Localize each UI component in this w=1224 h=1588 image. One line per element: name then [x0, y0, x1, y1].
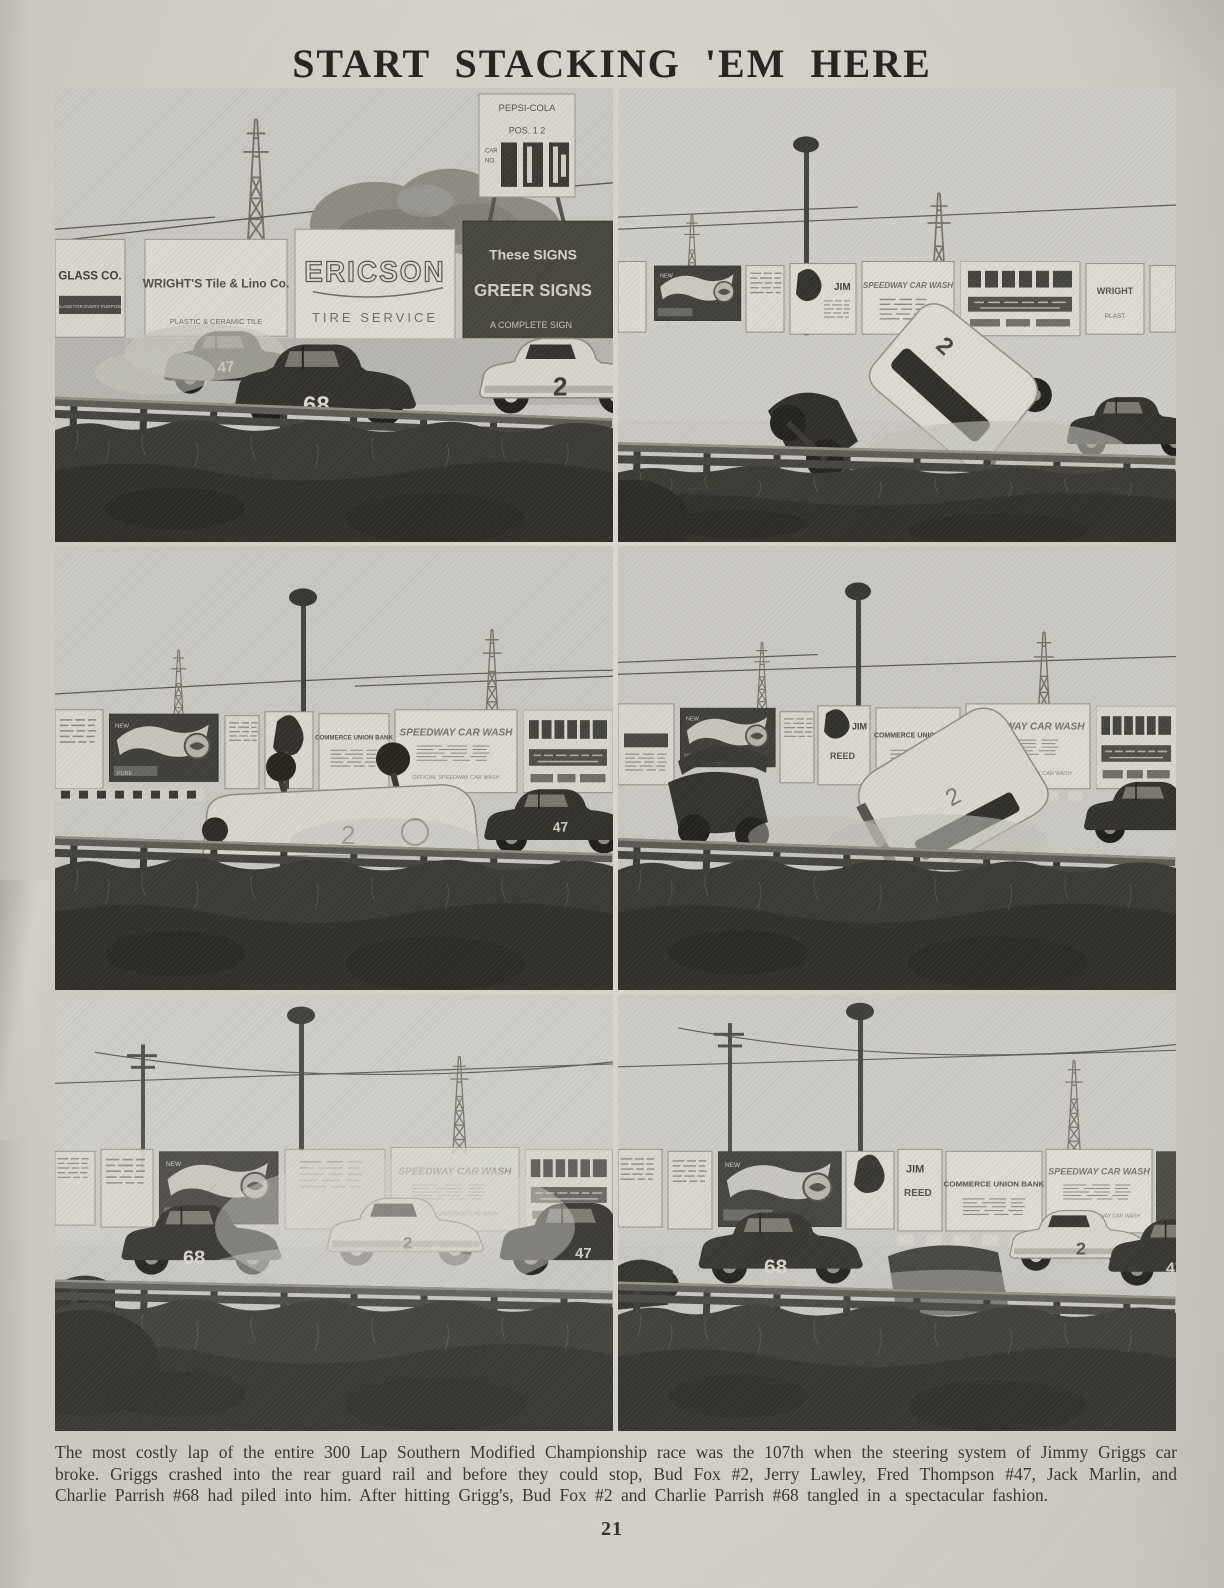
grass-foreground	[55, 858, 613, 990]
greer-name-text: GREER SIGNS	[474, 281, 592, 300]
photo-grid: PEPSI-COLA POS. 1 2 CAR NO. GLASS CO.	[55, 88, 1177, 1431]
car-2-number: 2	[553, 372, 567, 402]
billboard-glass-partial	[618, 704, 674, 785]
billboard-glass-co: GLASS CO. GLASS FOR EVERY PURPOSE	[55, 239, 125, 337]
speedway-wash-text: SPEEDWAY CAR WASH	[400, 727, 514, 738]
speedway-wash-text: SPEEDWAY CAR WASH	[863, 281, 953, 290]
pepsi-new-label: NEW	[115, 724, 129, 730]
ericson-text: ERICSON	[304, 257, 446, 288]
pepsi-new-label: NEW	[166, 1161, 182, 1168]
glass-slogan-text: GLASS FOR EVERY PURPOSE	[57, 304, 124, 309]
billboard-wrights-partial: WRIGHT PLAST	[1086, 264, 1144, 335]
billboard-jim: JIM	[790, 264, 856, 335]
jim-text: JIM	[852, 722, 867, 732]
billboard-glass-co	[523, 710, 613, 793]
scoreboard-car-label: CAR	[485, 149, 498, 155]
page-number: 21	[0, 1518, 1224, 1541]
car-47-number: 47	[575, 1246, 592, 1262]
wall-base-blocks	[55, 789, 205, 801]
smoke-cloud-2	[95, 350, 215, 394]
photo-crash-sequence-1: PEPSI-COLA POS. 1 2 CAR NO. GLASS CO.	[55, 88, 613, 542]
jim-text: JIM	[906, 1164, 924, 1176]
billboard-ericson: ERICSON TIRE SERVICE	[295, 229, 455, 342]
billboard-figure-sign	[846, 1151, 894, 1229]
billboard-jim-reed: JIM REED	[898, 1149, 942, 1231]
photo-crash-sequence-5: NEW PURE SPEEDWAY CAR WASH OFFICIAL SPEE…	[55, 994, 613, 1431]
jim-text: JIM	[834, 282, 851, 293]
scoreboard-brand: PEPSI-COLA	[499, 103, 557, 114]
grass-foreground	[618, 1304, 1176, 1431]
billboard-car-wash: SPEEDWAY CAR WASH OFFICIAL SPEEDWAY CAR …	[395, 710, 517, 793]
photo-crash-sequence-6: NEW JIM REED COMMERCE UNION BANK	[618, 994, 1176, 1431]
grass-foreground	[618, 859, 1176, 990]
greer-sub-text: A COMPLETE SIGN	[490, 320, 572, 330]
speedway-wash-sub-text: OFFICIAL SPEEDWAY CAR WASH	[412, 775, 499, 781]
photo-crash-sequence-3: NEW PURE COMMERCE UNION BANK	[55, 546, 613, 990]
photo-crash-sequence-2: NEW JIM SPEEDWAY CAR WASH	[618, 88, 1176, 542]
grass-foreground	[55, 420, 613, 542]
wright-partial-text: WRIGHT	[1097, 286, 1134, 296]
billboard-glass-co	[1096, 706, 1176, 789]
wrights-text: WRIGHT'S Tile & Lino Co.	[143, 277, 290, 291]
speedway-wash-text: SPEEDWAY CAR WASH	[1048, 1167, 1150, 1177]
commerce-bank-text: COMMERCE UNION BANK	[315, 734, 394, 741]
car-2-number: 2	[1076, 1238, 1086, 1258]
page-title: START STACKING 'EM HERE	[0, 40, 1224, 87]
billboard-jim: JIM REED	[818, 706, 870, 785]
pepsi-new-label: NEW	[725, 1162, 741, 1169]
car-68-number: 68	[764, 1256, 787, 1279]
reed-text: REED	[830, 751, 856, 761]
photo-crash-sequence-4: NEW JIM REED COMMERCE UNION BANK	[618, 546, 1176, 990]
paper-crease-left	[0, 880, 60, 1140]
pepsi-pure-label: PURE	[117, 771, 133, 777]
car-47-number: 47	[552, 818, 569, 835]
commerce-bank-text: COMMERCE UNION BANK	[944, 1179, 1045, 1188]
plastic-partial-text: PLAST	[1105, 313, 1126, 320]
scoreboard-no-label: NO.	[485, 159, 496, 165]
billboard-greer-signs: These SIGNS GREER SIGNS A COMPLETE SIGN	[463, 221, 613, 344]
billboard-wrights: WRIGHT'S Tile & Lino Co. PLASTIC & CERAM…	[143, 239, 290, 336]
pepsi-new-label: NEW	[686, 717, 700, 723]
photo-caption: The most costly lap of the entire 300 La…	[55, 1442, 1177, 1507]
grass-foreground	[618, 466, 1176, 542]
greer-these-text: These SIGNS	[489, 246, 577, 262]
scoreboard-pos-row: POS. 1 2	[509, 125, 545, 135]
billboard-glass-co	[960, 262, 1080, 336]
glass-co-text: GLASS CO.	[58, 271, 121, 283]
tire-service-text: TIRE SERVICE	[312, 310, 438, 325]
pepsi-new-label: NEW	[660, 274, 674, 280]
reed-text: REED	[904, 1188, 932, 1199]
billboard-commerce-bank: COMMERCE UNION BANK	[944, 1151, 1045, 1231]
car-47-number: 47	[1166, 1261, 1176, 1278]
billboard-wall: NEW PURE COMMERCE UNION BANK	[55, 710, 613, 793]
